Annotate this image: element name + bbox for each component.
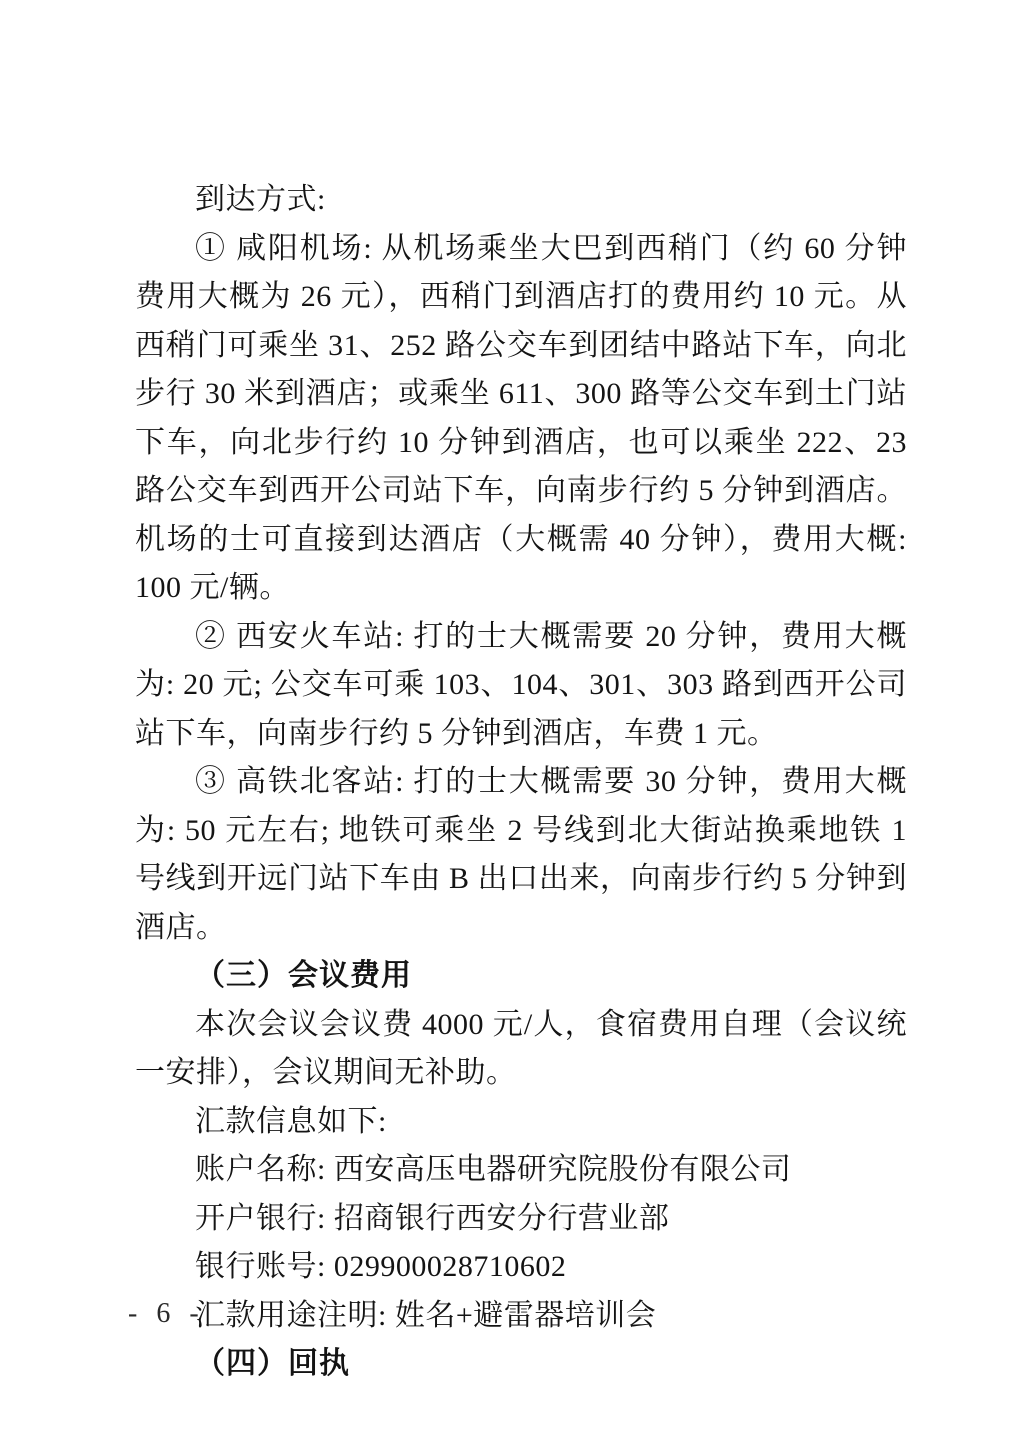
heading-receipt: （四）回执: [135, 1340, 907, 1389]
document-page: 到达方式: ① 咸阳机场: 从机场乘坐大巴到西稍门（约 60 分钟费用大概为 2…: [0, 0, 1024, 1448]
bank-branch-line: 开户银行: 招商银行西安分行营业部: [135, 1195, 907, 1244]
page-number: - 6 -: [128, 1298, 205, 1330]
account-name-line: 账户名称: 西安高压电器研究院股份有限公司: [135, 1146, 907, 1195]
account-number-line: 银行账号: 029900028710602: [135, 1243, 907, 1292]
heading-conference-fee: （三）会议费用: [135, 952, 907, 1001]
document-content: 到达方式: ① 咸阳机场: 从机场乘坐大巴到西稍门（约 60 分钟费用大概为 2…: [135, 176, 907, 1389]
para-fee-details: 本次会议会议费 4000 元/人，食宿费用自理（会议统一安排），会议期间无补助。: [135, 1001, 907, 1098]
arrival-methods-label: 到达方式:: [135, 176, 907, 225]
remittance-purpose-line: 汇款用途注明: 姓名+避雷器培训会: [135, 1292, 907, 1341]
para-xian-railway-station: ② 西安火车站: 打的士大概需要 20 分钟，费用大概为: 20 元; 公交车可…: [135, 613, 907, 759]
remittance-info-label: 汇款信息如下:: [135, 1098, 907, 1147]
para-xianyang-airport: ① 咸阳机场: 从机场乘坐大巴到西稍门（约 60 分钟费用大概为 26 元），西…: [135, 225, 907, 613]
para-north-rail-station: ③ 高铁北客站: 打的士大概需要 30 分钟，费用大概为: 50 元左右; 地铁…: [135, 758, 907, 952]
